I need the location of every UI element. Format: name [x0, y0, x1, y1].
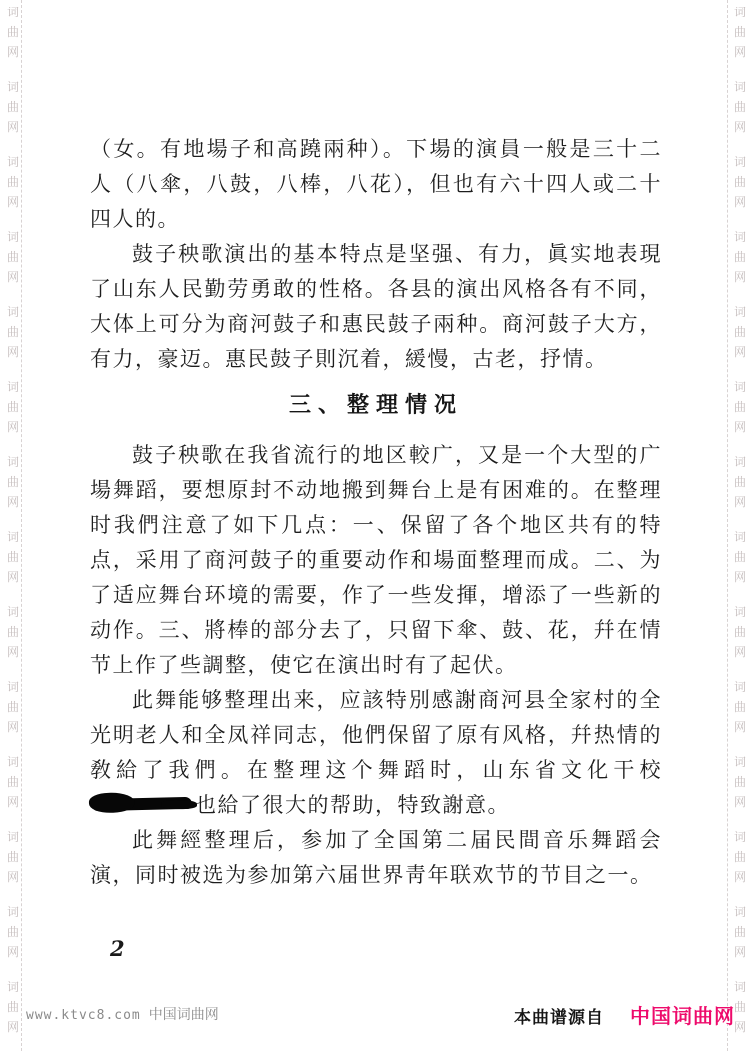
page-number: 2 [110, 936, 125, 961]
paragraph: 鼓子秧歌演出的基本特点是坚强、有力，眞实地表現了山东人民勤劳勇敢的性格。各县的演… [90, 237, 662, 377]
footer-website-url: www.ktvc8.com [26, 1008, 141, 1023]
scanned-document-page: 词曲网词曲网词曲网词曲网词曲网词曲网词曲网词曲网词曲网词曲网词曲网词曲网词曲网词… [0, 0, 750, 1051]
watermark-column-left: 词曲网词曲网词曲网词曲网词曲网词曲网词曲网词曲网词曲网词曲网词曲网词曲网词曲网词… [5, 7, 21, 1051]
section-heading: 三、整理情况 [90, 387, 662, 422]
redaction-mark [92, 797, 192, 811]
footer-site-name: 中国词曲网 [149, 1007, 219, 1023]
footer-left-credit: www.ktvc8.com中国词曲网 [26, 1004, 219, 1024]
footer-site-name-accent: 中国词曲网 [630, 1000, 735, 1029]
footer-right-credit: 本曲谱源自中国词曲网 [514, 1000, 735, 1029]
watermark-column-right: 词曲网词曲网词曲网词曲网词曲网词曲网词曲网词曲网词曲网词曲网词曲网词曲网词曲网词… [732, 7, 748, 1051]
paragraph: （女。有地場子和高蹺兩种）。下場的演員一般是三十二人（八傘，八鼓，八棒，八花），… [90, 132, 662, 237]
paragraph: 鼓子秧歌在我省流行的地区較广，又是一个大型的广場舞蹈，要想原封不动地搬到舞台上是… [90, 438, 662, 683]
paragraph-with-redaction: 此舞能够整理出来，应該特別感謝商河县全家村的全光明老人和全凤祥同志，他們保留了原… [90, 683, 662, 823]
footer-source-label: 本曲谱源自 [514, 1003, 604, 1028]
document-body: （女。有地場子和高蹺兩种）。下場的演員一般是三十二人（八傘，八鼓，八棒，八花），… [90, 132, 662, 893]
paragraph-text-after-redaction: 也給了很大的帮助，特致謝意。 [195, 793, 510, 817]
dashed-divider-left [21, 0, 22, 1051]
dashed-divider-right [727, 0, 728, 1051]
paragraph-text-before-redaction: 此舞能够整理出来，应該特別感謝商河县全家村的全光明老人和全凤祥同志，他們保留了原… [90, 688, 662, 782]
paragraph: 此舞經整理后，参加了全国第二届民間音乐舞蹈会演，同时被选为参加第六届世界靑年联欢… [90, 823, 662, 893]
